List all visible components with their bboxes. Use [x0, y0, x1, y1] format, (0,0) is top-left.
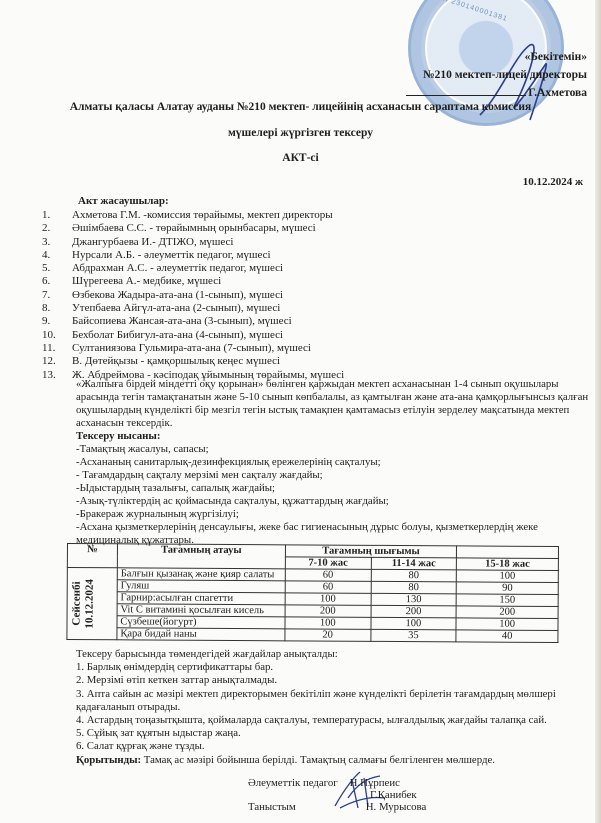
column-header-age-7-10: 7-10 жас: [285, 557, 371, 570]
signer-name-3: Н. Мурысова: [366, 801, 427, 813]
findings-section: Тексеру барысында төмендегідей жағдайлар…: [76, 648, 596, 767]
list-item: 4.Нурсали А.Б. - әлеуметтік педагог, мүш…: [0, 249, 344, 262]
list-item: 3. Апта сайын ас мәзірі мектеп директоры…: [76, 688, 596, 701]
approval-name: Г.Ахметова: [528, 87, 587, 99]
list-item: 6.Шүрегеева А.- медбике, мүшесі: [0, 275, 344, 288]
commission-members-list: 1.Ахметова Г.М. -комиссия төрайымы, мект…: [0, 209, 344, 382]
list-item: 10.Бехболат Бибигул-ата-ана (4-сынып), м…: [0, 329, 344, 342]
approval-block: «Бекітемін» №210 мектеп-лицей директоры …: [406, 48, 587, 102]
inspection-list: -Тамақтың жасалуы, сапасы; -Асхананың са…: [76, 443, 596, 547]
document-subtitle: мүшелері жүргізген тексеру: [0, 127, 601, 139]
list-item: 6. Салат құрғақ және тұзды.: [76, 740, 596, 753]
list-item: 2. Мерзімі өтіп кеткен заттар анықталмад…: [76, 674, 596, 687]
list-item: 7.Өзбекова Жадыра-ата-ана (1-сынып), мүш…: [0, 289, 344, 302]
list-item: 4. Астардың тоңазытқышта, қоймаларда сақ…: [76, 714, 596, 727]
list-item: 5.Абдрахман А.С. - әлеуметтік педагог, м…: [0, 262, 344, 275]
list-item: - Тағамдардың сақталу мерзімі мен сақтал…: [76, 469, 596, 482]
list-item: қадағаланып отырады.: [76, 701, 596, 714]
list-item: -Асхананың санитарлық-дезинфекциялық ере…: [76, 456, 596, 469]
findings-intro: Тексеру барысында төмендегідей жағдайлар…: [76, 648, 596, 661]
list-item: 9.Байсопиева Жансая-ата-ана (3-сынып), м…: [0, 315, 344, 328]
column-header-age-15-18: 15-18 жас: [457, 558, 559, 571]
list-item: -Тамақтың жасалуы, сапасы;: [76, 443, 596, 456]
menu-portion-table: № Тағамның атауы Тағамның шығымы 7-10 жа…: [66, 543, 559, 643]
list-item: 1. Барлық өнімдердің сертификаттары бар.: [76, 661, 596, 674]
list-item: 5. Сұйық зат құятын ыдыстар жаңа.: [76, 727, 596, 740]
authors-heading: Акт жасаушылар:: [78, 195, 169, 207]
inspection-heading: Тексеру нысаны:: [76, 430, 596, 443]
body-text: «Жалпыға бірдей міндетті оқу қорынан» бө…: [76, 378, 596, 547]
day-cell: Сейсенбі10.12.2024: [67, 568, 117, 640]
list-item: 12.В. Дөтейқызы - қамқоршылық кеңес мүше…: [0, 355, 344, 368]
signer-role: Әлеуметтік педагог: [248, 777, 338, 789]
list-item: -Асхана қызметкерлерінің денсаулығы, жек…: [76, 521, 596, 534]
list-item: 8.Утепбаева Айгүл-ата-ана (2-сынып), мүш…: [0, 302, 344, 315]
document-page: БСН 230140001381 «Бекітемін» №210 мектеп…: [0, 0, 601, 823]
list-item: -Азық-түліктердің ас қоймасында сақталуы…: [76, 495, 596, 508]
column-header-dish-name: Тағамның атауы: [117, 544, 285, 569]
signer-name-1: Н.Нұрпеис: [350, 777, 400, 789]
column-header-number: №: [67, 544, 117, 568]
list-item: 2.Әшімбаева С.С. - төрайымның орынбасары…: [0, 222, 344, 235]
list-item: -Ыдыстардың тазалығы, сапалық жағдайы;: [76, 482, 596, 495]
table-row: Қара бидай наны 20 35 40: [67, 628, 558, 643]
column-header-yield: Тағамның шығымы: [285, 545, 457, 558]
act-label: АКТ-сі: [0, 152, 601, 164]
conclusion-text: Тамақ ас мәзірі бойынша берілді. Тамақты…: [141, 754, 495, 766]
signer-name-2: Г.Қанибек: [248, 789, 426, 801]
document-title: Алматы қаласы Алатау ауданы №210 мектеп-…: [0, 101, 601, 113]
approval-position: №210 мектеп-лицей директоры: [406, 66, 587, 84]
acquainted-label: Таныстым: [248, 801, 296, 813]
approval-heading: «Бекітемін»: [406, 48, 587, 66]
list-item: 3.Джангурбаева И.- ДТІЖО, мүшесі: [0, 236, 344, 249]
document-date: 10.12.2024 ж: [523, 176, 583, 188]
list-item: -Бракераж журналының жүргізілуі;: [76, 508, 596, 521]
conclusion-label: Қорытынды:: [76, 754, 141, 766]
signatures-block: Әлеуметтік педагогН.Нұрпеис Г.Қанибек Та…: [248, 777, 426, 813]
column-header-empty: [457, 546, 559, 559]
purpose-paragraph: «Жалпыға бірдей міндетті оқу қорынан» бө…: [76, 378, 596, 430]
list-item: 11.Султаниязова Гульмира-ата-ана (7-сыны…: [0, 342, 344, 355]
signature-line: [406, 95, 526, 96]
list-item: 1.Ахметова Г.М. -комиссия төрайымы, мект…: [0, 209, 344, 222]
conclusion: Қорытынды: Тамақ ас мәзірі бойынша беріл…: [76, 754, 596, 767]
column-header-age-11-14: 11-14 жас: [371, 557, 457, 570]
